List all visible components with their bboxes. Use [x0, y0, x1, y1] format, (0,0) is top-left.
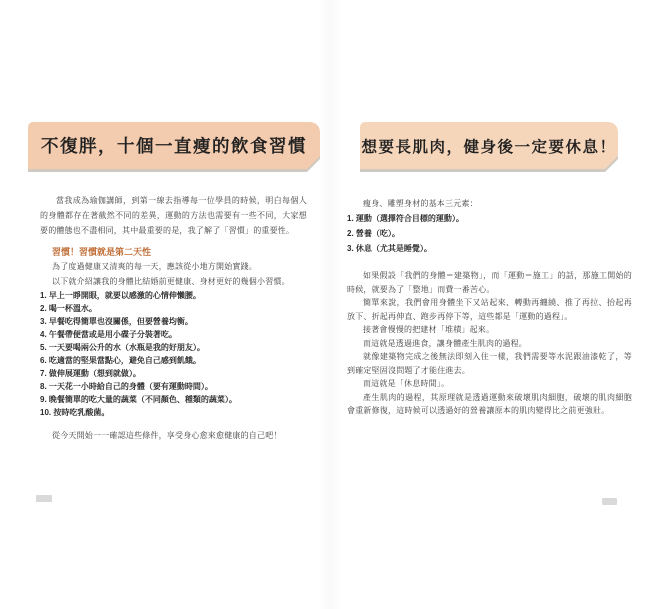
- body-paragraph: 如果假設「我們的身體＝建築物」，而「運動＝施工」的話，那施工開始的時候，就要為了…: [347, 269, 632, 296]
- right-title-banner-shape: 想要長肌肉，健身後一定要休息！: [360, 122, 618, 169]
- habit-item: 3. 早餐吃得簡單也沒關係，但要營養均衡。: [40, 315, 307, 328]
- page-number-mark-left: [36, 495, 52, 502]
- habit-item: 10. 按時吃乳酸菌。: [40, 406, 307, 419]
- right-page-body: 瘦身、雕塑身材的基本三元素： 1. 運動（選擇符合目標的運動）。 2. 營養（吃…: [347, 196, 632, 418]
- subheading-line: 以下就介紹讓我的身體比結婚前更健康、身材更好的幾個小習慣。: [52, 275, 307, 289]
- left-intro-paragraph: 當我成為瑜伽講師，到第一線去指導每一位學員的時候，明白每個人的身體都存在著截然不…: [40, 193, 307, 238]
- left-page-body: 當我成為瑜伽講師，到第一線去指導每一位學員的時候，明白每個人的身體都存在著截然不…: [40, 193, 307, 443]
- habit-item: 4. 午餐帶便當或是用小碟子分裝著吃。: [40, 328, 307, 341]
- habit-item: 1. 早上一睜開眼，就要以感激的心情伸懶腰。: [40, 289, 307, 302]
- habit-list: 1. 早上一睜開眼，就要以感激的心情伸懶腰。 2. 喝一杯溫水。 3. 早餐吃得…: [40, 289, 307, 419]
- section-subheading: 習慣！習慣就是第二天性: [52, 246, 307, 259]
- left-title-banner-shape: 不復胖，十個一直瘦的飲食習慣: [28, 122, 320, 169]
- habit-item: 6. 吃適當的堅果當點心，避免自己感到飢餓。: [40, 354, 307, 367]
- habit-item: 5. 一天要喝兩公升的水（水瓶是我的好朋友）。: [40, 341, 307, 354]
- subheading-line: 為了度過健康又清爽的每一天，應該從小地方開始實踐。: [52, 260, 307, 274]
- left-page-title: 不復胖，十個一直瘦的飲食習慣: [41, 133, 307, 158]
- page-gutter: [318, 0, 342, 609]
- right-page: 想要長肌肉，健身後一定要休息！ 瘦身、雕塑身材的基本三元素： 1. 運動（選擇符…: [360, 122, 648, 418]
- element-item: 2. 營養（吃）。: [347, 226, 632, 241]
- element-item: 3. 休息（尤其是睡覺）。: [347, 241, 632, 256]
- habit-item: 9. 晚餐簡單的吃大量的蔬菜（不同顏色、種類的蔬菜）。: [40, 393, 307, 406]
- right-title-banner: 想要長肌肉，健身後一定要休息！: [360, 122, 618, 169]
- left-title-banner: 不復胖，十個一直瘦的飲食習慣: [28, 122, 320, 169]
- right-page-title: 想要長肌肉，健身後一定要休息！: [361, 135, 616, 157]
- page-number-mark-right: [602, 498, 617, 505]
- right-paragraph-block: 如果假設「我們的身體＝建築物」，而「運動＝施工」的話，那施工開始的時候，就要為了…: [347, 269, 632, 418]
- body-paragraph: 產生肌肉的過程，其原理就是透過運動來破壞肌肉細胞，破壞的肌肉細胞會重新修復，這時…: [347, 391, 632, 418]
- body-paragraph: 簡單來說，我們會用身體坐下又站起來、轉動再纏繞、推了再拉、抬起再放下、折起再伸直…: [347, 296, 632, 323]
- right-intro-line: 瘦身、雕塑身材的基本三元素：: [347, 196, 632, 211]
- body-paragraph: 而這就是透過進食，讓身體產生肌肉的過程。: [347, 337, 632, 351]
- habit-item: 2. 喝一杯溫水。: [40, 302, 307, 315]
- book-spread: { "spread": { "left_page": { "title": "不…: [0, 0, 655, 609]
- left-page: 不復胖，十個一直瘦的飲食習慣 當我成為瑜伽講師，到第一線去指導每一位學員的時候，…: [28, 122, 320, 443]
- closing-line: 從今天開始一一確認這些條件，享受身心愈來愈健康的自己吧！: [52, 429, 307, 443]
- element-item: 1. 運動（選擇符合目標的運動）。: [347, 211, 632, 226]
- habit-item: 8. 一天花一小時給自己的身體（要有運動時間）。: [40, 380, 307, 393]
- body-paragraph: 就像建築物完成之後無法即刻入住一樣，我們需要等水泥跟油漆乾了，等到確定堅固沒問題…: [347, 350, 632, 377]
- habit-item: 7. 做伸展運動（想到就做）。: [40, 367, 307, 380]
- body-paragraph: 而這就是「休息時間」。: [347, 377, 632, 391]
- three-elements-list: 1. 運動（選擇符合目標的運動）。 2. 營養（吃）。 3. 休息（尤其是睡覺）…: [347, 211, 632, 256]
- body-paragraph: 接著會慢慢的把建材「堆積」起來。: [347, 323, 632, 337]
